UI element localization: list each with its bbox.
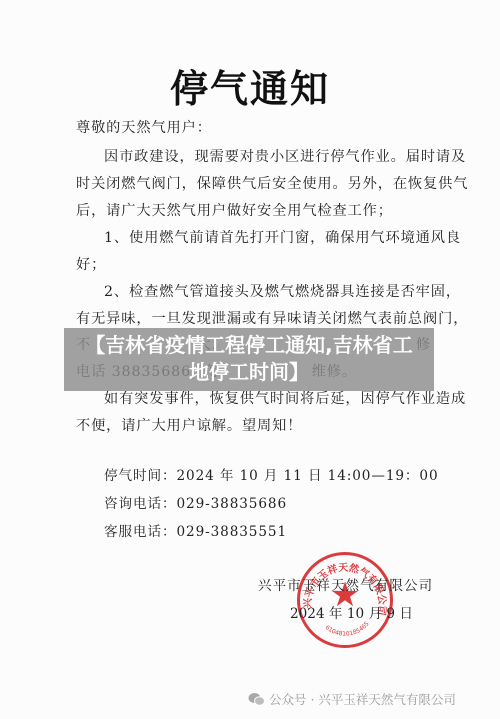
paragraph-line: 时关闭燃气阀门，保障供气后安全使用。另外，在恢复供气	[76, 173, 468, 193]
paragraph-line: 2、检查燃气管道接头及燃气燃烧器具连接是否牢固，	[104, 281, 461, 301]
banner-title-line-1: 【吉林省疫情工程停工通知,吉林省工	[64, 332, 434, 359]
outage-time: 停气时间：2024 年 10 月 11 日 14:00—19：00	[104, 464, 439, 484]
wechat-watermark: 公众号 · 兴平玉祥天然气有限公司	[248, 690, 456, 708]
watermark-text: 公众号 · 兴平玉祥天然气有限公司	[269, 690, 456, 708]
paragraph-line: 后，请广大天然气用户做好安全用气检查工作；	[76, 200, 393, 220]
paragraph-line: 不便，请广大用户谅解。望周知！	[76, 415, 302, 435]
paragraph-line: 好；	[76, 254, 106, 274]
inquiry-phone: 咨询电话：029-38835686	[104, 492, 287, 512]
svg-text:6104810185465: 6104810185465	[324, 620, 371, 637]
paragraph-line: 有无异味，一旦发现泄漏或有异味请关闭燃气表前总阀门，	[76, 308, 468, 328]
banner-title-line-2: 地停工时间】	[64, 359, 434, 386]
company-seal: 兴平市玉祥天然气有限公司 6104810185465 ★	[297, 552, 393, 648]
salutation: 尊敬的天然气用户：	[76, 117, 212, 137]
seal-number: 6104810185465	[324, 620, 371, 637]
signature-date: 2024 年 10 月 9 日	[290, 602, 413, 622]
wechat-icon	[248, 692, 265, 706]
paragraph-line: 1、使用燃气前请首先打开门窗，确保用气环境通风良	[104, 227, 461, 247]
paragraph-line: 因市政建设，现需要对贵小区进行停气作业。届时请及	[104, 146, 466, 166]
service-phone: 客服电话：029-38835551	[104, 520, 287, 540]
paragraph-line: 如有突发事件，恢复供气时间将后延，因停气作业造成	[104, 388, 466, 408]
signature-company: 兴平市玉祥天然气有限公司	[258, 574, 433, 594]
article-title-banner[interactable]: 【吉林省疫情工程停工通知,吉林省工 地停工时间】	[64, 328, 434, 391]
notice-title: 停气通知	[0, 58, 500, 113]
